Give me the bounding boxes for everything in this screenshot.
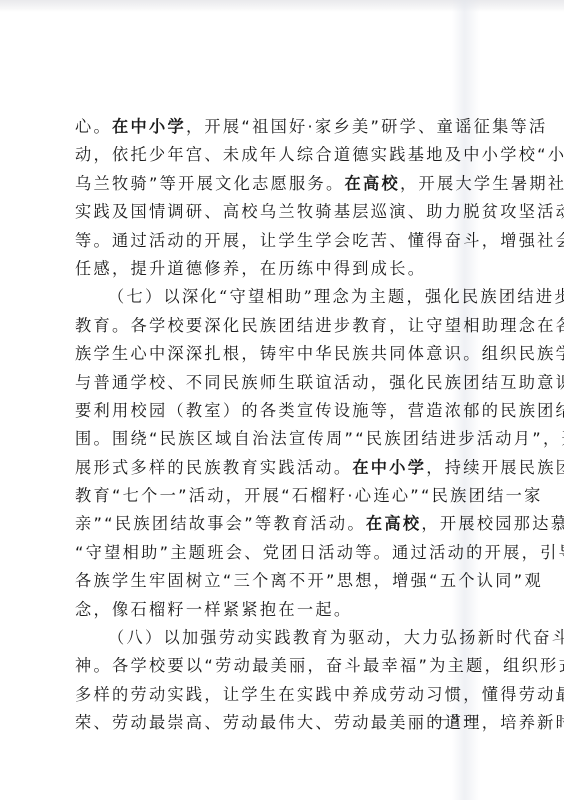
text-segment: 围。围绕“民族区域自治法宣传周”“民族团结进步活动月”，开 (75, 429, 564, 448)
text-segment: 各学校要以“劳动最美丽，奋斗最幸福”为主题，组织形式 (112, 656, 564, 675)
text-line: 族学生心中深深扎根，铸牢中华民族共同体意识。组织民族学校 (75, 340, 493, 368)
bold-emphasis: 在高校 (366, 514, 421, 533)
text-segment: 实践及国情调研、高校乌兰牧骑基层巡演、助力脱贫攻坚活动 (75, 202, 564, 221)
text-segment: “守望相助”主题班会、党团日活动等。通过活动的开展，引导 (75, 543, 564, 562)
text-line: 实践及国情调研、高校乌兰牧骑基层巡演、助力脱贫攻坚活动 (75, 198, 493, 226)
section-heading-line: （七）以深化“守望相助”理念为主题，强化民族团结进步 (75, 283, 493, 311)
text-line: 神。各学校要以“劳动最美丽，奋斗最幸福”为主题，组织形式 (75, 652, 493, 680)
text-segment: 乌兰牧骑”等开展文化志愿服务。 (75, 174, 345, 193)
text-segment: 教育“七个一”活动，开展“石榴籽·心连心”“民族团结一家 (75, 486, 543, 505)
text-line: 展形式多样的民族教育实践活动。在中小学，持续开展民族团结 (75, 454, 493, 482)
section-heading-line: （八）以加强劳动实践教育为驱动，大力弘扬新时代奋斗精 (75, 624, 493, 652)
text-segment: 与普通学校、不同民族师生联谊活动，强化民族团结互助意识。 (75, 373, 564, 392)
bold-emphasis: 在中小学 (352, 458, 426, 477)
document-body: 心。在中小学，开展“祖国好·家乡美”研学、童谣征集等活动，依托少年宫、未成年人综… (75, 113, 493, 738)
text-segment: ，开展大学生暑期社会 (400, 174, 564, 193)
text-segment: 亲”“民族团结故事会”等教育活动。 (75, 514, 366, 533)
text-line: 等。通过活动的开展，让学生学会吃苦、懂得奋斗，增强社会责 (75, 227, 493, 255)
text-line: 动，依托少年宫、未成年人综合道德实践基地及中小学校“小小 (75, 141, 493, 169)
text-segment: 任感，提升道德修养，在历练中得到成长。 (75, 259, 426, 278)
text-segment: ，持续开展民族团结 (426, 458, 564, 477)
text-segment: 动，依托少年宫、未成年人综合道德实践基地及中小学校“小小 (75, 145, 564, 164)
text-line: 心。在中小学，开展“祖国好·家乡美”研学、童谣征集等活 (75, 113, 493, 141)
text-segment: （八）以加强劳动实践教育为驱动，大力弘扬新时代奋斗精 (108, 628, 564, 647)
text-segment: 等。通过活动的开展，让学生学会吃苦、懂得奋斗，增强社会责 (75, 231, 564, 250)
text-line: 多样的劳动实践，让学生在实践中养成劳动习惯，懂得劳动最光 (75, 681, 493, 709)
text-segment: 各学校要深化民族团结进步教育，让守望相助理念在各民 (130, 316, 564, 335)
bold-emphasis: 在中小学 (112, 117, 186, 136)
text-segment: 要利用校园（教室）的各类宣传设施等，营造浓郁的民族团结氛 (75, 401, 564, 420)
text-segment: 神。 (75, 656, 112, 675)
text-segment: 心。 (75, 117, 112, 136)
text-segment: ，开展“祖国好·家乡美”研学、童谣征集等活 (186, 117, 548, 136)
text-segment: （七）以深化“守望相助”理念为主题，强化民族团结进步 (108, 287, 564, 306)
text-line: 各族学生牢固树立“三个离不开”思想，增强“五个认同”观 (75, 567, 493, 595)
page-number: — 9 — (432, 712, 479, 728)
text-line: 任感，提升道德修养，在历练中得到成长。 (75, 255, 493, 283)
text-line: 围。围绕“民族区域自治法宣传周”“民族团结进步活动月”，开 (75, 425, 493, 453)
text-line: 念，像石榴籽一样紧紧抱在一起。 (75, 596, 493, 624)
text-line: 乌兰牧骑”等开展文化志愿服务。在高校，开展大学生暑期社会 (75, 170, 493, 198)
text-line: 荣、劳动最崇高、劳动最伟大、劳动最美丽的道理，培养新时代 (75, 709, 493, 737)
text-line: 要利用校园（教室）的各类宣传设施等，营造浓郁的民族团结氛 (75, 397, 493, 425)
text-segment: 教育。 (75, 316, 130, 335)
text-segment: 多样的劳动实践，让学生在实践中养成劳动习惯，懂得劳动最光 (75, 685, 564, 704)
text-segment: 荣、劳动最崇高、劳动最伟大、劳动最美丽的道理，培养新时代 (75, 713, 564, 732)
bold-emphasis: 在高校 (345, 174, 400, 193)
text-segment: 念，像石榴籽一样紧紧抱在一起。 (75, 600, 352, 619)
text-segment: ，开展校园那达慕、 (421, 514, 564, 533)
text-line: 亲”“民族团结故事会”等教育活动。在高校，开展校园那达慕、 (75, 510, 493, 538)
text-segment: 展形式多样的民族教育实践活动。 (75, 458, 352, 477)
text-line: 教育“七个一”活动，开展“石榴籽·心连心”“民族团结一家 (75, 482, 493, 510)
text-segment: 族学生心中深深扎根，铸牢中华民族共同体意识。组织民族学校 (75, 344, 564, 363)
text-segment: 各族学生牢固树立“三个离不开”思想，增强“五个认同”观 (75, 571, 543, 590)
text-line: “守望相助”主题班会、党团日活动等。通过活动的开展，引导 (75, 539, 493, 567)
text-line: 教育。各学校要深化民族团结进步教育，让守望相助理念在各民 (75, 312, 493, 340)
text-line: 与普通学校、不同民族师生联谊活动，强化民族团结互助意识。 (75, 369, 493, 397)
